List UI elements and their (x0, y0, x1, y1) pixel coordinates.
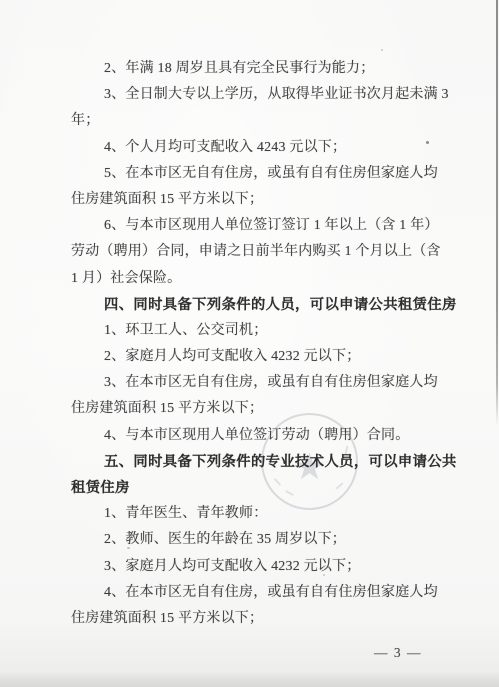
scan-bottom-shadow (0, 671, 499, 687)
text-line: 3、全日制大专以上学历，从取得毕业证书次月起未满 3 (71, 82, 457, 108)
text-line: 5、在本市区无自有住房，或虽有自有住房但家庭人均 (71, 161, 457, 187)
text-line: 1、环卫工人、公交司机； (71, 318, 457, 344)
text-line: 五、同时具备下列条件的专业技术人员，可以申请公共 (71, 449, 457, 475)
text-line: 4、在本市区无自有住房，或虽有自有住房但家庭人均 (71, 580, 457, 606)
scan-edge-line (496, 0, 498, 426)
page-number: — 3 — (374, 645, 422, 661)
text-line: 4、个人月均可支配收入 4243 元以下； (71, 135, 457, 161)
text-line: 劳动（聘用）合同，申请之日前半年内购买 1 个月以上（含 (71, 239, 457, 265)
scan-speck (127, 547, 130, 549)
text-line: 1 月）社会保险。 (71, 266, 457, 292)
document-body: 2、年满 18 周岁且具有完全民事行为能力；3、全日制大专以上学历，从取得毕业证… (71, 56, 457, 632)
text-line: 租赁住房 (71, 475, 457, 501)
text-line: 2、教师、医生的年龄在 35 周岁以下； (71, 527, 457, 553)
scan-speck (426, 141, 429, 144)
text-line: 2、年满 18 周岁且具有完全民事行为能力； (71, 56, 457, 82)
text-line: 2、家庭月人均可支配收入 4232 元以下； (71, 344, 457, 370)
text-line: 4、与本市区现用人单位签订劳动（聘用）合同。 (71, 423, 457, 449)
scanned-document-page: 2、年满 18 周岁且具有完全民事行为能力；3、全日制大专以上学历，从取得毕业证… (0, 0, 499, 687)
text-line: 住房建筑面积 15 平方米以下； (71, 606, 457, 632)
text-line: 住房建筑面积 15 平方米以下； (71, 187, 457, 213)
scan-speck (381, 49, 383, 51)
text-line: 6、与本市区现用人单位签订签订 1 年以上（含 1 年） (71, 213, 457, 239)
text-line: 四、同时具备下列条件的人员，可以申请公共租赁住房 (71, 292, 457, 318)
text-line: 住房建筑面积 15 平方米以下； (71, 396, 457, 422)
text-line: 3、家庭月人均可支配收入 4232 元以下； (71, 554, 457, 580)
text-line: 1、青年医生、青年教师： (71, 501, 457, 527)
text-line: 年； (71, 108, 457, 134)
text-line: 3、在本市区无自有住房，或虽有自有住房但家庭人均 (71, 370, 457, 396)
scan-speck (323, 574, 325, 576)
